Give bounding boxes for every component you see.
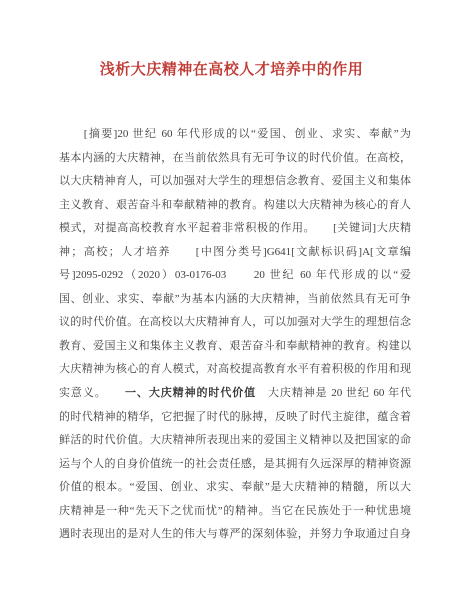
body-line: 议的时代价值。在高校以大庆精神育人，可以加强对大学生的理想信念 — [59, 311, 411, 335]
body-line: 基本内涵的大庆精神，在当前依然具有无可争议的时代价值。在高校， — [59, 147, 411, 171]
body-line: 号]2095-0292（2020）03-0176-03 20 世纪 60 年代形… — [59, 264, 411, 288]
body-line: 神；高校；人才培养 [中图分类号]G641[文献标识码]A[文章编 — [59, 241, 411, 265]
body-line: [摘要]20 世纪 60 年代形成的以“爱国、创业、求实、奉献”为 — [59, 123, 411, 147]
body-line: 大庆精神为核心的育人模式，对高校提高教育水平有着积极的作用和现 — [59, 358, 411, 382]
heading-line-post: 大庆精神是 20 世纪 60 年代 — [256, 387, 411, 399]
section-heading: 一、大庆精神的时代价值 — [125, 387, 256, 399]
document-body: [摘要]20 世纪 60 年代形成的以“爱国、创业、求实、奉献”为 基本内涵的大… — [59, 123, 411, 547]
body-line: 以大庆精神育人，可以加强对大学生的理想信念教育、爱国主义和集体 — [59, 170, 411, 194]
document-page: 浅析大庆精神在高校人才培养中的作用 [摘要]20 世纪 60 年代形成的以“爱国… — [0, 0, 463, 600]
document-title: 浅析大庆精神在高校人才培养中的作用 — [0, 58, 463, 79]
body-line: 的时代精神的精华，它把握了时代的脉搏，反映了时代主旋律，蕴含着 — [59, 406, 411, 430]
body-line: 教育、爱国主义和集体主义教育、艰苦奋斗和奉献精神的教育。构建以 — [59, 335, 411, 359]
body-line: 价值的根本。“爱国、创业、求实、奉献”是大庆精神的精髓，所以大 — [59, 476, 411, 500]
body-line: 国、创业、求实、奉献”为基本内涵的大庆精神，当前依然具有无可争 — [59, 288, 411, 312]
body-line-with-heading: 实意义。 一、大庆精神的时代价值 大庆精神是 20 世纪 60 年代 — [59, 382, 411, 406]
body-line: 鲜活的时代价值。大庆精神所表现出来的爱国主义精神以及把国家的命 — [59, 429, 411, 453]
body-line: 遇时表现出的是对人生的伟大与尊严的深刻体验，并努力争取通过自身 — [59, 523, 411, 547]
body-line: 模式，对提高高校教育水平起着非常积极的作用。 [关键词]大庆精 — [59, 217, 411, 241]
body-line: 运与个人的自身价值统一的社会责任感，是其拥有久远深厚的精神资源 — [59, 453, 411, 477]
heading-line-pre: 实意义。 — [59, 387, 125, 399]
body-line: 庆精神是一种“先天下之忧而忧”的精神。当它在民族处于一种忧患境 — [59, 500, 411, 524]
body-line: 主义教育、艰苦奋斗和奉献精神的教育。构建以大庆精神为核心的育人 — [59, 194, 411, 218]
